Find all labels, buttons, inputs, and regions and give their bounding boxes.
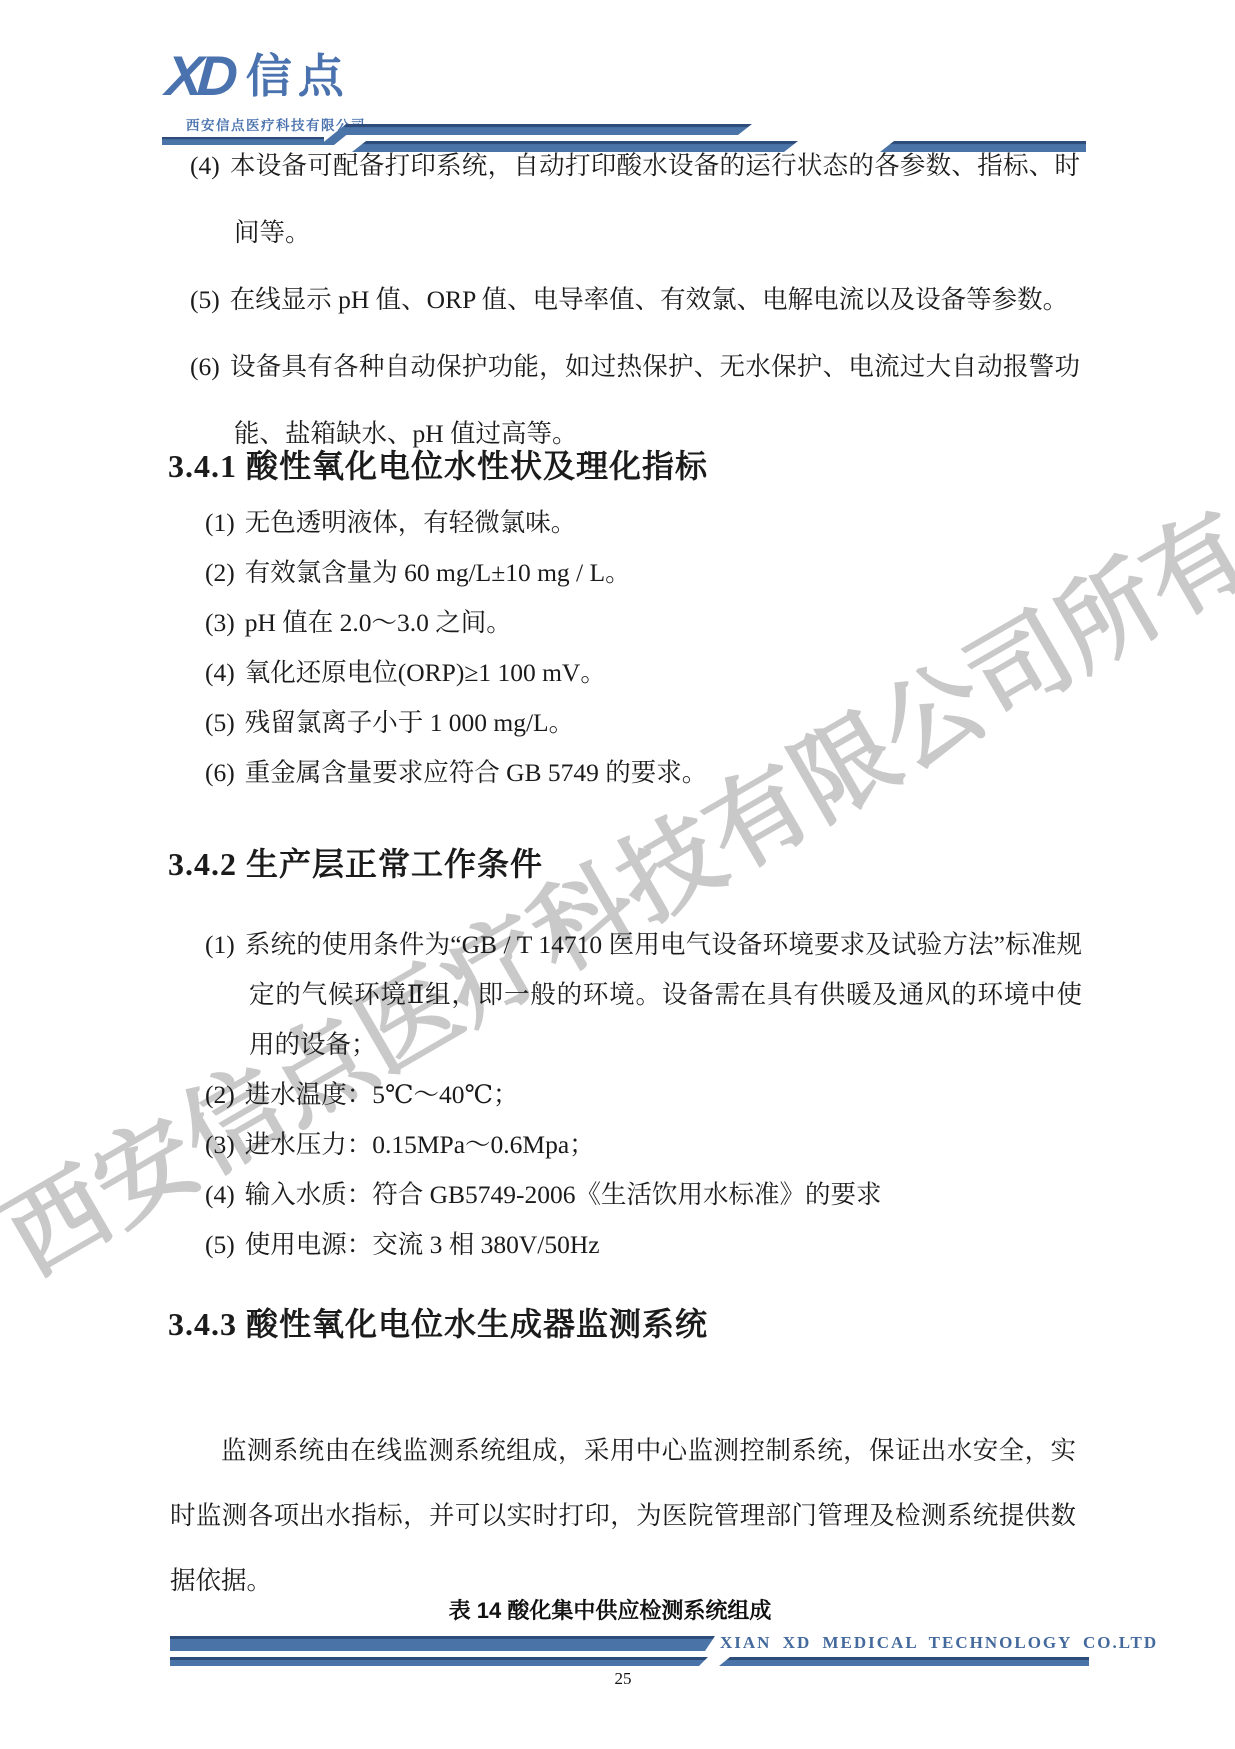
item-text: 输入水质：符合 GB5749-2006《生活饮用水标准》的要求 (245, 1180, 882, 1209)
item-marker: (5) (190, 285, 220, 314)
item-text: 在线显示 pH 值、ORP 值、电导率值、有效氯、电解电流以及设备等参数。 (230, 285, 1068, 314)
section-3-4-1-list: (1)无色透明液体，有轻微氯味。 (2)有效氯含量为 60 mg/L±10 mg… (205, 498, 1080, 798)
item-marker: (3) (205, 1130, 235, 1159)
item-marker: (3) (205, 608, 235, 637)
footer-bar-thin-right (719, 1657, 1089, 1666)
list-item: (1)无色透明液体，有轻微氯味。 (205, 498, 1080, 548)
intro-list: (4)本设备可配备打印系统，自动打印酸水设备的运行状态的各参数、指标、时间等。 … (190, 132, 1080, 467)
list-item: (3)进水压力：0.15MPa～0.6Mpa； (205, 1120, 1082, 1170)
item-marker: (5) (205, 708, 235, 737)
page-number: 25 (573, 1669, 673, 1689)
list-item: (2)有效氯含量为 60 mg/L±10 mg / L。 (205, 548, 1080, 598)
document-page: 西安信点医疗科技有限公司所有 XD 信点 西安信点医疗科技有限公司 (4)本设备… (0, 0, 1235, 1749)
footer-bar-thick (170, 1636, 715, 1651)
list-item: (5)使用电源：交流 3 相 380V/50Hz (205, 1220, 1082, 1270)
item-marker: (4) (205, 1180, 235, 1209)
item-text: 无色透明液体，有轻微氯味。 (245, 508, 577, 537)
footer-bar-thin-left (170, 1657, 708, 1666)
item-text: 进水温度：5℃～40℃； (245, 1080, 519, 1109)
list-item: (6)重金属含量要求应符合 GB 5749 的要求。 (205, 748, 1080, 798)
item-text: 本设备可配备打印系统，自动打印酸水设备的运行状态的各参数、指标、时间等。 (230, 151, 1080, 247)
section-heading-3-4-1: 3.4.1 酸性氧化电位水性状及理化指标 (168, 441, 708, 487)
list-item: (1)系统的使用条件为“GB / T 14710 医用电气设备环境要求及试验方法… (205, 920, 1082, 1070)
section-heading-3-4-2: 3.4.2 生产层正常工作条件 (168, 839, 543, 885)
item-marker: (1) (205, 508, 235, 537)
list-item: (3)pH 值在 2.0～3.0 之间。 (205, 598, 1080, 648)
item-marker: (2) (205, 558, 235, 587)
item-marker: (1) (205, 930, 235, 959)
section-heading-3-4-3: 3.4.3 酸性氧化电位水生成器监测系统 (168, 1299, 708, 1345)
item-text: pH 值在 2.0～3.0 之间。 (245, 608, 512, 637)
list-item: (5)残留氯离子小于 1 000 mg/L。 (205, 698, 1080, 748)
item-marker: (2) (205, 1080, 235, 1109)
list-item: (5)在线显示 pH 值、ORP 值、电导率值、有效氯、电解电流以及设备等参数。 (190, 266, 1080, 333)
item-text: 进水压力：0.15MPa～0.6Mpa； (245, 1130, 595, 1159)
item-text: 重金属含量要求应符合 GB 5749 的要求。 (245, 758, 708, 787)
item-marker: (6) (205, 758, 235, 787)
list-item: (4)本设备可配备打印系统，自动打印酸水设备的运行状态的各参数、指标、时间等。 (190, 132, 1080, 266)
item-marker: (6) (190, 352, 220, 381)
item-text: 系统的使用条件为“GB / T 14710 医用电气设备环境要求及试验方法”标准… (245, 930, 1082, 1059)
section-3-4-2-list: (1)系统的使用条件为“GB / T 14710 医用电气设备环境要求及试验方法… (205, 920, 1082, 1270)
footer-company-name-en: XIAN XD MEDICAL TECHNOLOGY CO.LTD (720, 1633, 1086, 1653)
item-marker: (4) (190, 151, 220, 180)
list-item: (4)氧化还原电位(ORP)≥1 100 mV。 (205, 648, 1080, 698)
item-text: 残留氯离子小于 1 000 mg/L。 (245, 708, 574, 737)
item-text: 氧化还原电位(ORP)≥1 100 mV。 (245, 658, 606, 687)
item-marker: (5) (205, 1230, 235, 1259)
list-item: (2)进水温度：5℃～40℃； (205, 1070, 1082, 1120)
item-marker: (4) (205, 658, 235, 687)
section-3-4-3-paragraph: 监测系统由在线监测系统组成，采用中心监测控制系统，保证出水安全，实时监测各项出水… (170, 1418, 1076, 1613)
table-14-caption: 表 14 酸化集中供应检测系统组成 (140, 1594, 1080, 1625)
item-text: 使用电源：交流 3 相 380V/50Hz (245, 1230, 600, 1259)
item-text: 有效氯含量为 60 mg/L±10 mg / L。 (245, 558, 631, 587)
list-item: (4)输入水质：符合 GB5749-2006《生活饮用水标准》的要求 (205, 1170, 1082, 1220)
item-text: 设备具有各种自动保护功能，如过热保护、无水保护、电流过大自动报警功能、盐箱缺水、… (230, 352, 1080, 448)
